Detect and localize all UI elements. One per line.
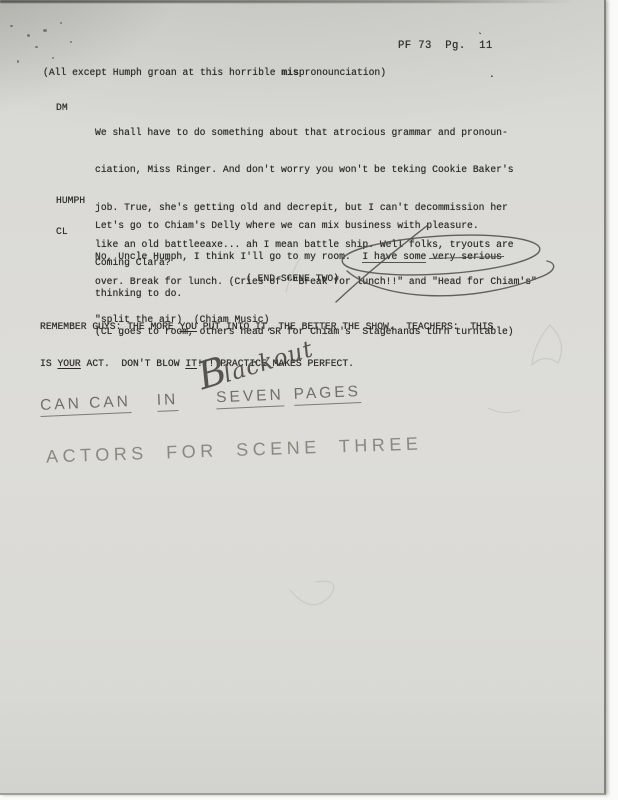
speech-line-annotated: No, Uncle Humph, I think I'll go to my r…: [95, 251, 514, 263]
note-line: REMEMBER GUYS: THE MORE YOU PUT INTO IT,…: [40, 321, 493, 333]
scan-speck: [35, 46, 38, 48]
speech-line: ciation, Miss Ringer. And don't worry yo…: [95, 164, 537, 176]
handwritten-word: SEVEN: [216, 386, 284, 409]
text-segment: No, Uncle Humph, I think I'll go to my r…: [95, 251, 362, 262]
scan-speck: [17, 60, 19, 63]
text-segment: ACT. DON'T BLOW: [81, 358, 186, 369]
speech-line: We shall have to do something about that…: [95, 127, 537, 139]
handwritten-actors-note: ACTORS FOR SCENE THREE: [46, 433, 423, 467]
ghost-mark: [488, 408, 520, 413]
scan-speck: [10, 25, 13, 27]
speaker-label: DM: [56, 102, 95, 114]
scan-speck: [60, 22, 62, 24]
handwritten-word: CAN CAN: [40, 393, 132, 417]
scan-top-edge: [0, 0, 575, 3]
scan-speck: [70, 41, 72, 43]
text-segment: very serious: [432, 251, 502, 262]
text-segment: pronounciation): [299, 67, 386, 78]
handwritten-word: IN: [156, 391, 178, 412]
text-segment: (All except Humph groan at this horrible: [43, 67, 281, 78]
stray-period: .: [489, 69, 495, 81]
text-segment: YOUR: [57, 358, 80, 369]
text-segment: mis: [281, 67, 298, 78]
scan-speck: [52, 57, 54, 59]
text-segment: IS: [40, 358, 57, 369]
speaker-label: HUMPH: [56, 195, 95, 207]
scanned-script-page: PF 73 Pg. 11 ` (All except Humph groan a…: [0, 0, 606, 795]
scan-speck: [27, 34, 30, 37]
text-segment: PUT INTO IT, THE BETTER THE SHOW. TEACHE…: [197, 321, 494, 332]
end-scene-marker: ( END SCENE TWO): [246, 273, 339, 285]
text-segment: I have some: [362, 251, 426, 263]
ghost-mark: [290, 581, 334, 604]
typed-accent-mark: `: [477, 33, 483, 45]
opening-stage-direction: (All except Humph groan at this horrible…: [43, 67, 386, 79]
speaker-label: CL: [56, 226, 95, 238]
text-segment: YOU: [180, 321, 197, 332]
handwritten-word: PAGES: [293, 383, 361, 406]
scan-speck: [43, 29, 47, 32]
text-segment: REMEMBER GUYS: THE MORE: [40, 321, 180, 332]
